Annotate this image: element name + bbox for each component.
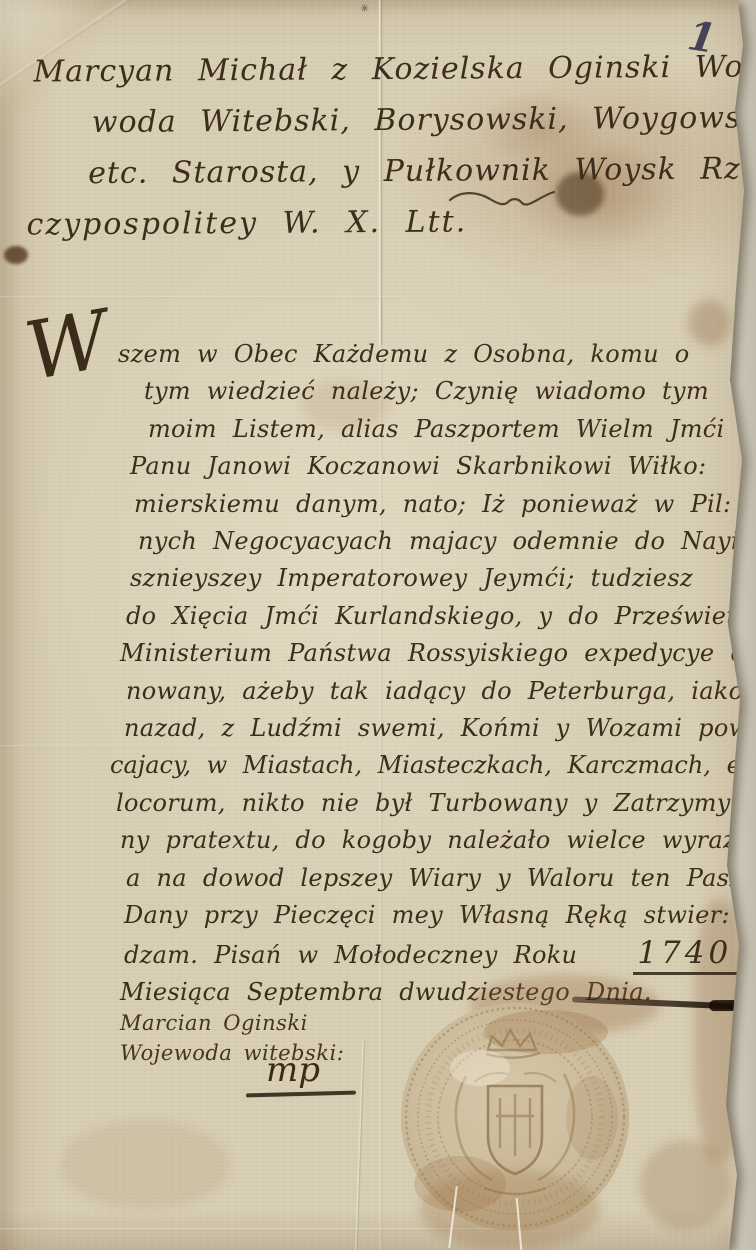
stain-spot [640, 1140, 730, 1230]
wax-seal [396, 998, 634, 1236]
date-line-text: dzam. Pisań w Mołodeczney Roku [124, 941, 577, 969]
date-line: dzam. Pisań w Mołodeczney Roku1740 [124, 935, 734, 974]
top-ink-mark: ✳ [360, 2, 369, 15]
flourish-squiggle [448, 186, 558, 212]
title-header: Marcyan Michał z Kozielska Oginski Woie:… [25, 42, 742, 251]
body-line: locorum, nikto nie był Turbowany y Zatrz… [116, 785, 734, 822]
fold-crease-vertical-bottom [354, 1040, 365, 1250]
body-line: mierskiemu danym, nato; Iż ponieważ w Pi… [134, 486, 734, 523]
ornamental-initial: W [20, 299, 115, 392]
body-line: Ministerium Państwa Rossyiskiego expedyc… [120, 635, 734, 672]
signature-mark-mp: mp [266, 1050, 320, 1090]
paper-sheet-wrap: 1 ✳ Marcyan Michał z Kozielska Oginski W… [0, 0, 756, 1250]
body-line: nazad, z Ludźmi swemi, Końmi y Wozami po… [124, 710, 734, 747]
body-line: Panu Janowi Koczanowi Skarbnikowi Wiłko: [130, 448, 734, 485]
body-line: tym wiedzieć należy; Czynię wiadomo tym [144, 373, 734, 410]
body-line: moim Listem, alias Paszportem Wielm Jmći [148, 411, 734, 448]
header-line: czypospolitey W. X. Ltt. [26, 194, 742, 250]
header-line: etc. Starosta, y Pułkownik Woysk Rze: [88, 144, 742, 200]
body-line: nych Negocyacyach majacy odemnie do Nayi… [138, 523, 734, 560]
body-line: szem w Obec Każdemu z Osobna, komu o [118, 336, 734, 373]
header-line: woda Witebski, Borysowski, Woygowski [92, 93, 742, 149]
paper-sheet: 1 ✳ Marcyan Michał z Kozielska Oginski W… [0, 0, 756, 1250]
body-line: ny pratextu, do kogoby należało wielce w… [120, 822, 734, 859]
body-line: sznieyszey Imperatorowey Jeymći; tudzies… [130, 560, 734, 597]
year-1740: 1740 [633, 935, 738, 975]
signature-underline [246, 1091, 356, 1098]
body-line: cajacy, w Miastach, Miasteczkach, Karczm… [110, 747, 734, 784]
body-lines: szem w Obec Każdemu z Osobna, komu otym … [118, 336, 734, 935]
manuscript-page: 1 ✳ Marcyan Michał z Kozielska Oginski W… [0, 0, 756, 1250]
signature-name: Marcian Oginski [120, 1008, 344, 1038]
body-line: Dany przy Pieczęci mey Własną Ręką stwie… [124, 897, 734, 934]
stain-spot [60, 1120, 230, 1210]
body-line: a na dowod lepszey Wiary y Waloru ten Pa… [126, 860, 734, 897]
ink-blot [4, 246, 28, 264]
header-line: Marcyan Michał z Kozielska Oginski Woie: [33, 42, 741, 98]
body-text: szem w Obec Każdemu z Osobna, komu otym … [118, 336, 734, 1011]
body-line: do Xięcia Jmći Kurlandskiego, y do Prześ… [126, 598, 734, 635]
body-line: nowany, ażeby tak iadący do Peterburga, … [126, 673, 734, 710]
